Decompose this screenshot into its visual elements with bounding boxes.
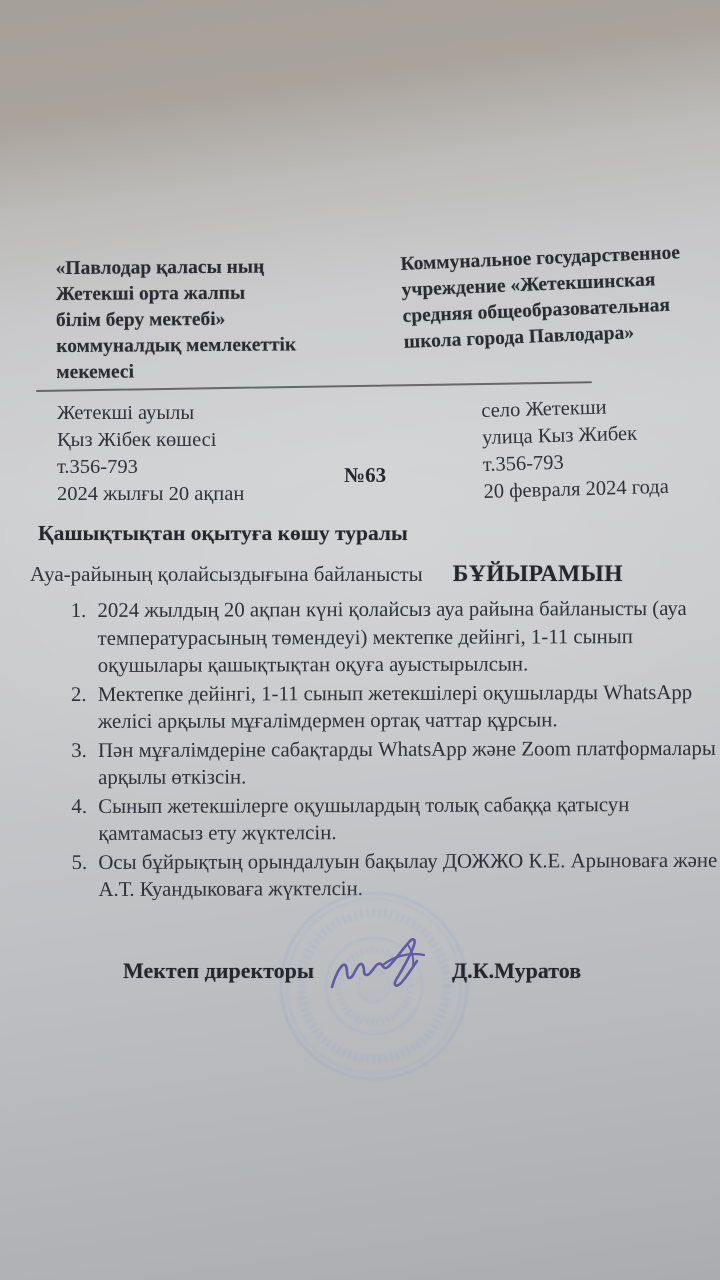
order-item-4: Сынып жетекшілерге оқушылардың толық саб… — [92, 790, 720, 847]
address-right-line: 20 февраля 2024 года — [483, 473, 714, 506]
header-right-org-russian: Коммунальное государственное учреждение … — [400, 239, 709, 356]
address-left-line: т.356-793 — [57, 454, 357, 481]
header-left-line: коммуналдық мемлекеттік — [56, 332, 356, 360]
header-left-org-kazakh: «Павлодар қаласы ның Жетекші орта жалпы … — [56, 254, 357, 386]
address-left-kazakh: Жетекші ауылы Қыз Жібек көшесі т.356-793… — [57, 400, 357, 508]
director-role-label: Мектеп директоры — [123, 958, 314, 984]
director-name: Д.К.Муратов — [452, 958, 581, 984]
document-title: Қашықтықтан оқытуға көшу туралы — [38, 521, 408, 546]
order-word: БҰЙЫРАМЫН — [453, 561, 623, 588]
lead-text: Ауа-райының қолайсыздығына байланысты — [30, 562, 423, 587]
lead-paragraph: Ауа-райының қолайсыздығына байланысты БҰ… — [30, 561, 710, 588]
header-left-line: «Павлодар қаласы ның — [56, 254, 356, 282]
order-item-3: Пән мұғалімдеріне сабақтарды WhatsApp жә… — [92, 734, 720, 791]
address-right-russian: село Жетекши улица Кыз Жибек т.356-793 2… — [481, 392, 714, 506]
document-number: №63 — [344, 463, 386, 488]
director-signature-icon — [320, 925, 450, 1005]
order-items-list: 2024 жылдың 20 ақпан күні қолайсыз ауа р… — [27, 595, 720, 905]
address-left-line: 2024 жылғы 20 ақпан — [57, 481, 357, 508]
order-item-2: Мектепке дейінгі, 1-11 сынып жетекшілері… — [92, 678, 720, 735]
header-left-line: мекемесі — [56, 358, 356, 386]
photographed-document: { "doc": { "header_left": [ "«Павлодар қ… — [0, 0, 720, 1280]
address-left-line: Жетекші ауылы — [57, 400, 357, 427]
header-left-line: Жетекші орта жалпы — [56, 280, 356, 308]
order-item-1: 2024 жылдың 20 ақпан күні қолайсыз ауа р… — [91, 595, 719, 680]
address-left-line: Қыз Жібек көшесі — [57, 427, 357, 454]
header-left-line: білім беру мектебі» — [56, 306, 356, 334]
